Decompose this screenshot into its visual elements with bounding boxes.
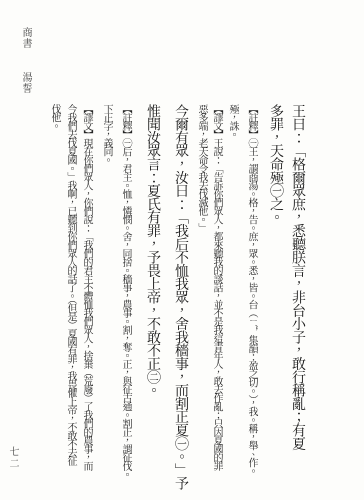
translation-column-1: 【譯文】王說：「告訴你們眾人，都來聽我的談話，並不是我這青年人，敢去作亂；只因夏… <box>211 104 222 494</box>
text-body: 王曰：「格爾眾庶，悉聽朕言，非台小子，敢行稱亂；有夏 多罪，天命殛㊀之。 【註釋… <box>49 104 305 494</box>
annotation-column-3: 【註釋】㊀后，君主。恤，憐憫。舍，同捨。穡事，農事。割，奪。正，與征古通。割正，… <box>120 104 131 494</box>
main-text-column-1: 王曰：「格爾眾庶，悉聽朕言，非台小子，敢行稱亂；有夏 <box>290 104 305 494</box>
main-text-column-3: 今爾有眾，汝曰：「我后不恤我眾，舍我穡事，而割正夏㊀。」予 <box>173 104 188 494</box>
page-number: 七二 <box>6 446 18 470</box>
book-page: 商書 湯誓 七二 王曰：「格爾眾庶，悉聽朕言，非台小子，敢行稱亂；有夏 多罪，天… <box>0 0 364 500</box>
annotation-column-2: 殛，誅。 <box>227 104 238 494</box>
annotation-column-4: 下正字，義同。 <box>101 104 112 494</box>
running-head-book-title: 商書 <box>20 27 31 49</box>
running-head: 商書 湯誓 <box>18 27 32 94</box>
translation-column-2: 惡多端，老天命令我去伐滅他。」 <box>196 104 207 494</box>
main-text-column-4: 惟聞汝眾言：夏氏有罪，予畏上帝，不敢不正㊁。 <box>145 104 160 494</box>
translation-column-4: 今我們去伐夏國。」我啊，已聽到你們眾人的話了。（但是）夏國有罪，我畏懼上帝，不敢… <box>65 104 76 494</box>
running-head-chapter-title: 湯誓 <box>20 72 31 94</box>
translation-column-3: 【譯文】現在你們眾人，你們說：「我們的君主不體恤我們眾人，捨棄（荒廢）了我們的農… <box>81 104 92 494</box>
main-text-column-2: 多罪，天命殛㊀之。 <box>268 104 283 494</box>
translation-column-5: 伐他。 <box>49 104 60 494</box>
annotation-column-1: 【註釋】㊀王，謂商湯。格，告。庶，眾。悉，皆。台（ㄧˊ，集韻：盈之切。），我。稱… <box>246 104 257 494</box>
